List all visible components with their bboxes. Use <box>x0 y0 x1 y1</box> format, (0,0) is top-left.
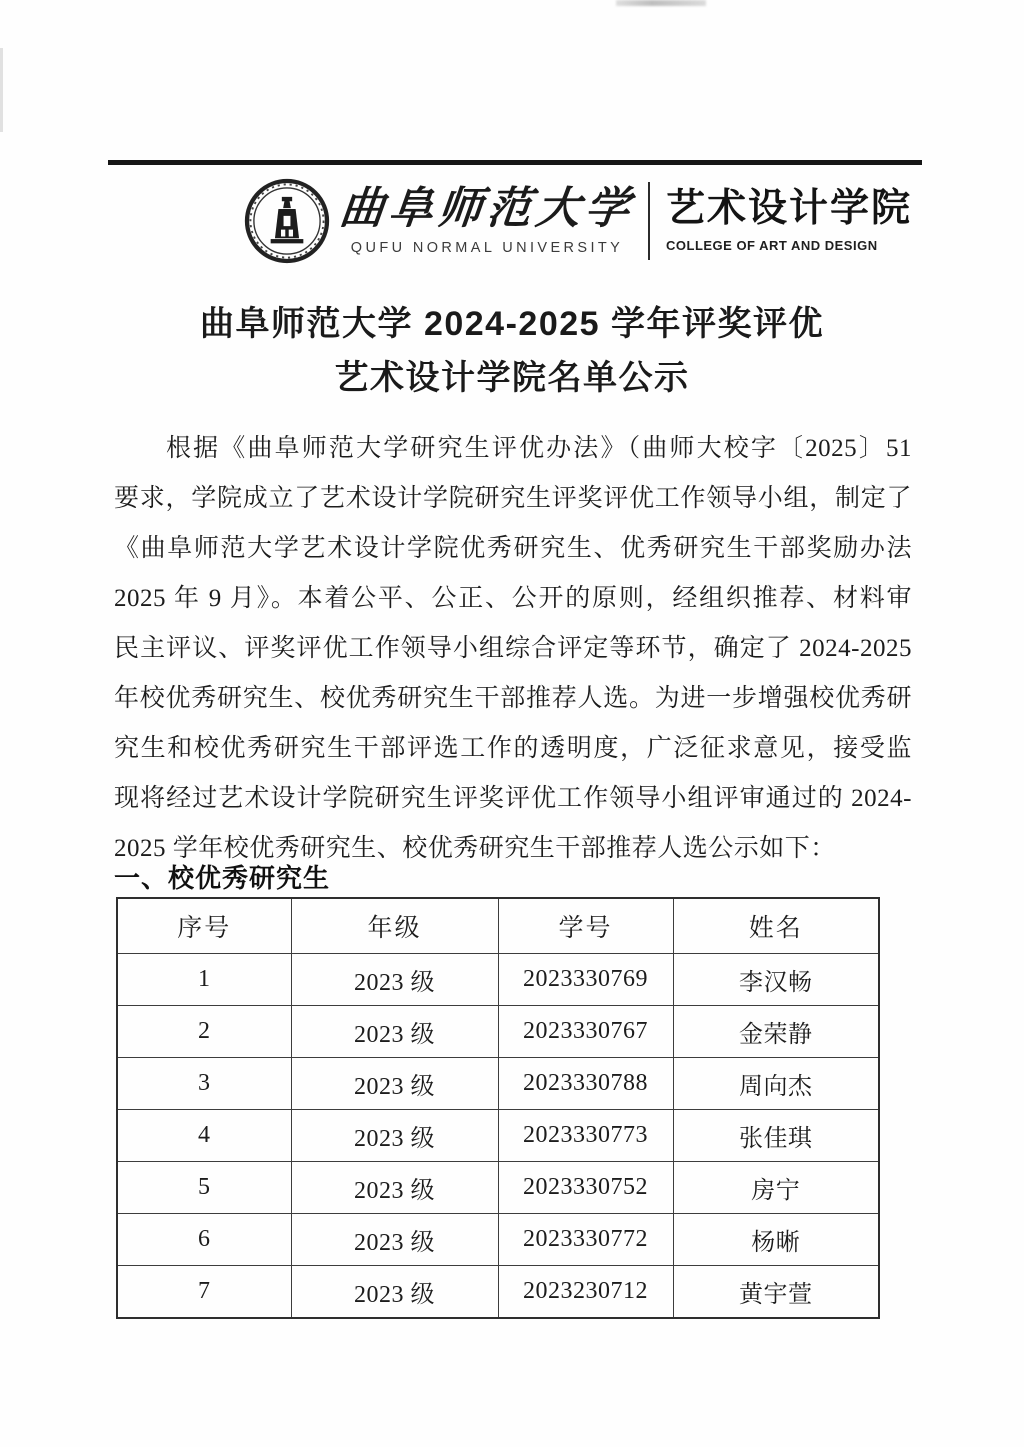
document-title: 曲阜师范大学 2024-2025 学年评奖评优 艺术设计学院名单公示 <box>0 297 1024 405</box>
cell-student-id: 2023330769 <box>498 954 673 1006</box>
table-row: 2 2023 级 2023330767 金荣静 <box>117 1006 879 1058</box>
table-body: 1 2023 级 2023330769 李汉畅 2 2023 级 2023330… <box>117 954 879 1319</box>
cell-index: 1 <box>117 954 291 1006</box>
header-rule <box>108 160 922 165</box>
table-row: 7 2023 级 2023230712 黄宇萱 <box>117 1266 879 1319</box>
cell-index: 2 <box>117 1006 291 1058</box>
table-row: 5 2023 级 2023330752 房宁 <box>117 1162 879 1214</box>
table-row: 3 2023 级 2023330788 周向杰 <box>117 1058 879 1110</box>
document-title-line1: 曲阜师范大学 2024-2025 学年评奖评优 <box>0 297 1024 351</box>
cell-index: 5 <box>117 1162 291 1214</box>
cell-name: 杨晰 <box>673 1214 879 1266</box>
table-row: 6 2023 级 2023330772 杨晰 <box>117 1214 879 1266</box>
cell-name: 金荣静 <box>673 1006 879 1058</box>
table-row: 4 2023 级 2023330773 张佳琪 <box>117 1110 879 1162</box>
cell-index: 4 <box>117 1110 291 1162</box>
section-heading: 一、校优秀研究生 <box>114 858 330 895</box>
paragraph-line: 民主评议、评奖评优工作领导小组综合评定等环节，确定了 2024-2025 <box>114 624 912 674</box>
cell-name: 李汉畅 <box>673 954 879 1006</box>
cell-grade: 2023 级 <box>291 1266 498 1319</box>
table-header: 序号年级学号姓名 <box>117 898 879 954</box>
paragraph-line: 要求，学院成立了艺术设计学院研究生评奖评优工作领导小组，制定了 <box>114 474 912 524</box>
cell-grade: 2023 级 <box>291 1162 498 1214</box>
university-name-block: 曲阜师范大学 QUFU NORMAL UNIVERSITY <box>340 186 634 255</box>
cell-student-id: 2023330752 <box>498 1162 673 1214</box>
table-header-row: 序号年级学号姓名 <box>117 898 879 954</box>
paragraph-line: 《曲阜师范大学艺术设计学院优秀研究生、优秀研究生干部奖励办法 <box>114 524 912 574</box>
paragraph-line: 根据《曲阜师范大学研究生评优办法》（曲师大校字〔2025〕51 号） <box>114 424 912 474</box>
cell-index: 6 <box>117 1214 291 1266</box>
university-name-cn: 曲阜师范大学 <box>338 186 637 232</box>
cell-name: 周向杰 <box>673 1058 879 1110</box>
scanned-document-page: 曲阜师范大学 QUFU NORMAL UNIVERSITY 艺术设计学院 COL… <box>0 0 1024 1447</box>
cell-name: 黄宇萱 <box>673 1266 879 1319</box>
cell-grade: 2023 级 <box>291 1058 498 1110</box>
paragraph-line: 2025 年 9 月》。本着公平、公正、公开的原则，经组织推荐、材料审核、 <box>114 574 912 624</box>
cell-grade: 2023 级 <box>291 1110 498 1162</box>
cell-grade: 2023 级 <box>291 954 498 1006</box>
university-seal-icon <box>244 178 330 264</box>
college-name-en: COLLEGE OF ART AND DESIGN <box>666 238 912 253</box>
cell-student-id: 2023330767 <box>498 1006 673 1058</box>
body-paragraph: 根据《曲阜师范大学研究生评优办法》（曲师大校字〔2025〕51 号）要求，学院成… <box>114 424 912 874</box>
cell-grade: 2023 级 <box>291 1006 498 1058</box>
table-header-cell: 姓名 <box>673 898 879 954</box>
university-name-en: QUFU NORMAL UNIVERSITY <box>340 240 634 256</box>
paragraph-line: 现将经过艺术设计学院研究生评奖评优工作领导小组评审通过的 2024- <box>114 774 912 824</box>
letterhead-divider <box>648 182 650 260</box>
cell-student-id: 2023330772 <box>498 1214 673 1266</box>
cell-student-id: 2023330773 <box>498 1110 673 1162</box>
paragraph-line: 年校优秀研究生、校优秀研究生干部推荐人选。为进一步增强校优秀研 <box>114 674 912 724</box>
letterhead: 曲阜师范大学 QUFU NORMAL UNIVERSITY 艺术设计学院 COL… <box>244 176 912 266</box>
cell-name: 张佳琪 <box>673 1110 879 1162</box>
college-name-cn: 艺术设计学院 <box>666 189 912 230</box>
scan-artifact-left <box>0 48 3 132</box>
scan-artifact-top <box>616 0 706 6</box>
cell-grade: 2023 级 <box>291 1214 498 1266</box>
cell-index: 3 <box>117 1058 291 1110</box>
cell-name: 房宁 <box>673 1162 879 1214</box>
table-header-cell: 序号 <box>117 898 291 954</box>
cell-student-id: 2023230712 <box>498 1266 673 1319</box>
paragraph-line: 究生和校优秀研究生干部评选工作的透明度，广泛征求意见，接受监督， <box>114 724 912 774</box>
document-title-line2: 艺术设计学院名单公示 <box>0 351 1024 405</box>
recommended-students-table: 序号年级学号姓名 1 2023 级 2023330769 李汉畅 2 2023 … <box>116 897 880 1319</box>
cell-student-id: 2023330788 <box>498 1058 673 1110</box>
cell-index: 7 <box>117 1266 291 1319</box>
table-row: 1 2023 级 2023330769 李汉畅 <box>117 954 879 1006</box>
table-header-cell: 学号 <box>498 898 673 954</box>
college-name-block: 艺术设计学院 COLLEGE OF ART AND DESIGN <box>666 189 912 254</box>
table-header-cell: 年级 <box>291 898 498 954</box>
